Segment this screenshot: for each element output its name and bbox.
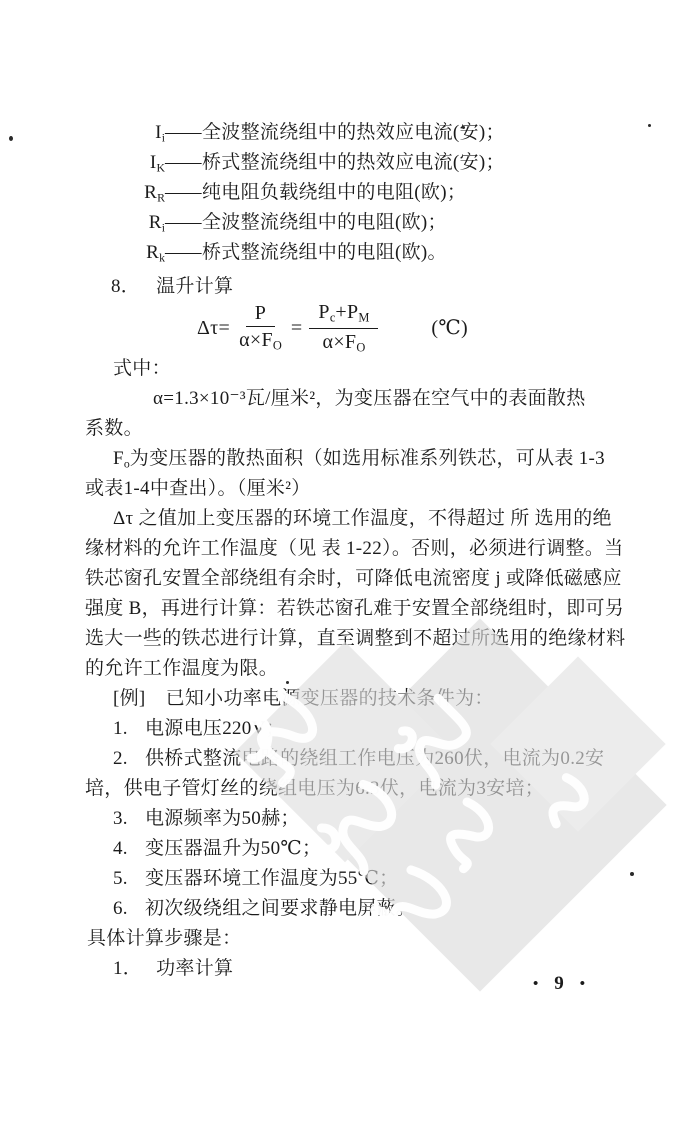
condition-item: 6.初次级绕组之间要求静电屏蔽。 bbox=[85, 894, 630, 924]
page-number: • 9 • bbox=[533, 973, 585, 995]
page-text-block: Ii —— 全波整流绕组中的热效应电流(安)； IK —— 桥式整流绕组中的热效… bbox=[85, 118, 630, 984]
bullet-dot: • bbox=[533, 976, 538, 993]
numerator: P bbox=[246, 302, 275, 327]
condition-item: 2.供桥式整流电路的绕组工作电压为260伏，电流为0.2安 bbox=[85, 744, 630, 774]
example-heading: [例] 已知小功率电源变压器的技术条件为： bbox=[85, 684, 630, 714]
definition-row: Ri —— 全波整流绕组中的电阻(欧)； bbox=[85, 208, 630, 238]
fraction-1: P α×FO bbox=[237, 302, 284, 353]
formula-unit: (℃) bbox=[431, 317, 468, 339]
definition-dash: —— bbox=[165, 208, 200, 238]
condition-item: 5.变压器环境工作温度为55℃； bbox=[85, 864, 630, 894]
section-title: 温升计算 bbox=[156, 272, 233, 302]
definition-text: 桥式整流绕组中的热效应电流(安)； bbox=[202, 148, 505, 178]
fraction-2: Pc+PM α×FO bbox=[309, 301, 378, 354]
fo-line-2: 或表1-4中查出）。（厘米²） bbox=[85, 474, 630, 504]
fo-line: Fo为变压器的散热面积（如选用标准系列铁芯，可从表 1-3 bbox=[85, 444, 630, 474]
equals-sign: = bbox=[291, 317, 303, 339]
paragraph-line: 选大一些的铁芯进行计算，直至调整到不超过所选用的绝缘材料 bbox=[85, 624, 630, 654]
scan-speck bbox=[462, 126, 465, 129]
scan-speck bbox=[9, 136, 13, 141]
scan-speck bbox=[630, 872, 634, 876]
paragraph-line: 强度 B，再进行计算：若铁芯窗孔难于安置全部绕组时，即可另 bbox=[85, 594, 630, 624]
condition-item-continuation: 培，供电子管灯丝的绕组电压为6.3伏，电流为3安培； bbox=[85, 774, 630, 804]
definition-text: 全波整流绕组中的电阻(欧)； bbox=[202, 208, 447, 238]
paragraph-line: Δτ 之值加上变压器的环境工作温度，不得超过 所 选用的绝 bbox=[85, 504, 630, 534]
definition-text: 全波整流绕组中的热效应电流(安)； bbox=[202, 118, 505, 148]
section-number: 8． bbox=[111, 272, 140, 302]
scan-speck bbox=[286, 681, 289, 684]
definition-row: RR —— 纯电阻负载绕组中的电阻(欧)； bbox=[85, 178, 630, 208]
paragraph-line: 缘材料的允许工作温度（见 表 1-22）。否则，必须进行调整。当 bbox=[85, 534, 630, 564]
definition-dash: —— bbox=[165, 238, 200, 268]
alpha-line-2: 系数。 bbox=[85, 414, 630, 444]
definition-dash: —— bbox=[165, 148, 200, 178]
symbol: Ri bbox=[85, 208, 165, 238]
where-label: 式中： bbox=[85, 354, 630, 384]
definition-row: IK —— 桥式整流绕组中的热效应电流(安)； bbox=[85, 148, 630, 178]
scan-speck bbox=[648, 124, 651, 127]
symbol-definitions: Ii —— 全波整流绕组中的热效应电流(安)； IK —— 桥式整流绕组中的热效… bbox=[85, 118, 630, 268]
definition-text: 纯电阻负载绕组中的电阻(欧)； bbox=[202, 178, 466, 208]
denominator: α×FO bbox=[321, 329, 368, 355]
steps-intro: 具体计算步骤是： bbox=[85, 924, 630, 954]
definition-dash: —— bbox=[165, 178, 200, 208]
alpha-line: α=1.3×10⁻³瓦/厘米²，为变压器在空气中的表面散热 bbox=[85, 384, 630, 414]
scanned-book-page: Ii —— 全波整流绕组中的热效应电流(安)； IK —— 桥式整流绕组中的热效… bbox=[0, 0, 700, 1137]
definition-text: 桥式整流绕组中的电阻(欧)。 bbox=[202, 238, 447, 268]
condition-item: 1.电源电压220V； bbox=[85, 714, 630, 744]
symbol: Rk bbox=[85, 238, 165, 268]
example-label: [例] bbox=[113, 684, 146, 714]
definition-row: Ii —— 全波整流绕组中的热效应电流(安)； bbox=[85, 118, 630, 148]
symbol: IK bbox=[85, 148, 165, 178]
numerator: Pc+PM bbox=[309, 301, 378, 328]
condition-item: 3.电源频率为50赫； bbox=[85, 804, 630, 834]
paragraph-line: 铁芯窗孔安置全部绕组有余时，可降低电流密度 j 或降低磁感应 bbox=[85, 564, 630, 594]
symbol: Ii bbox=[85, 118, 165, 148]
equals-sign: = bbox=[219, 317, 231, 339]
condition-item: 4.变压器温升为50℃； bbox=[85, 834, 630, 864]
denominator: α×FO bbox=[237, 327, 284, 353]
example-intro: 已知小功率电源变压器的技术条件为： bbox=[166, 684, 494, 714]
definition-row: Rk —— 桥式整流绕组中的电阻(欧)。 bbox=[85, 238, 630, 268]
section-heading: 8． 温升计算 bbox=[85, 272, 630, 302]
temperature-rise-formula: Δτ = P α×FO = Pc+PM α×FO (℃) bbox=[85, 302, 630, 354]
formula-lhs: Δτ bbox=[197, 317, 219, 339]
definition-dash: —— bbox=[165, 118, 200, 148]
symbol: RR bbox=[85, 178, 165, 208]
bullet-dot: • bbox=[580, 976, 585, 993]
page-number-value: 9 bbox=[554, 973, 564, 995]
paragraph-line: 的允许工作温度为限。 bbox=[85, 654, 630, 684]
